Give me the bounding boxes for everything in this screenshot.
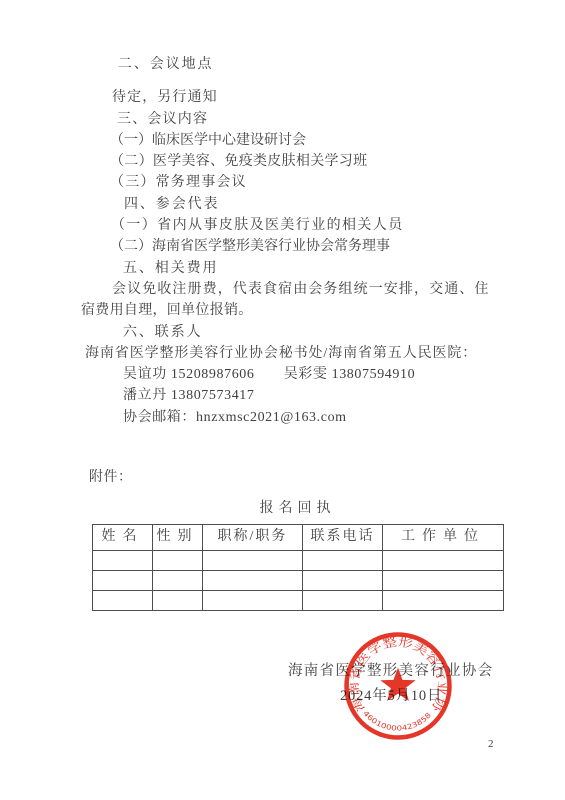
empty-cell (383, 550, 504, 570)
table-row (93, 570, 504, 590)
section-heading-contacts: 六、联系人 (81, 322, 493, 343)
empty-cell (383, 570, 504, 590)
empty-cell (93, 590, 153, 610)
table-header-row: 姓名 性别 职称/职务 联系电话 工作单位 (93, 524, 504, 550)
seal-code-arc-text: 46010000423858 (361, 709, 433, 732)
venue-text: 待定，另行通知 (81, 87, 493, 108)
delegates-item-1: （一）省内从事皮肤及医美行业的相关人员 (81, 215, 493, 236)
column-header-phone: 联系电话 (303, 524, 383, 550)
empty-cell (383, 590, 504, 610)
section-heading-venue: 二、会议地点 (81, 54, 493, 75)
section-heading-content: 三、会议内容 (81, 109, 493, 130)
empty-cell (303, 590, 383, 610)
fees-text-line-2: 宿费用自理，回单位报销。 (81, 300, 493, 321)
content-item-2: （二）医学美容、免疫类皮肤相关学习班 (81, 151, 493, 172)
empty-cell (153, 550, 203, 570)
table-row (93, 590, 504, 610)
content-item-3: （三）常务理事会议 (81, 172, 493, 193)
empty-cell (303, 550, 383, 570)
signature-org-name: 海南省医学整形美容行业协会 (288, 659, 493, 680)
section-heading-fees: 五、相关费用 (81, 258, 493, 279)
empty-cell (303, 570, 383, 590)
page-number: 2 (488, 738, 494, 750)
contacts-org-line: 海南省医学整形美容行业协会秘书处/海南省第五人民医院： (81, 343, 493, 364)
contact-email-line: 协会邮箱：hnzxmsc2021@163.com (81, 407, 493, 428)
column-header-gender: 性别 (153, 524, 203, 550)
delegates-item-2: （二）海南省医学整形美容行业协会常务理事 (81, 236, 493, 257)
fees-text-line-1: 会议免收注册费，代表食宿由会务组统一安排，交通、住 (81, 279, 493, 300)
empty-cell (93, 550, 153, 570)
column-header-title-position: 职称/职务 (203, 524, 303, 550)
empty-cell (203, 550, 303, 570)
content-item-1: （一）临床医学中心建设研讨会 (81, 130, 493, 151)
empty-cell (203, 590, 303, 610)
signature-date: 2024年5月10日 (340, 684, 442, 705)
empty-cell (93, 570, 153, 590)
column-header-name: 姓名 (93, 524, 153, 550)
column-header-workplace: 工作单位 (383, 524, 504, 550)
empty-cell (153, 570, 203, 590)
document-page: 二、会议地点 待定，另行通知 三、会议内容 （一）临床医学中心建设研讨会 （二）… (0, 0, 565, 800)
svg-text:46010000423858: 46010000423858 (361, 709, 433, 732)
contact-phones-line-1: 吴谊功 15208987606 吴彩雯 13807594910 (81, 364, 493, 385)
empty-cell (153, 590, 203, 610)
attachment-label: 附件： (81, 467, 493, 488)
section-heading-delegates: 四、参会代表 (81, 194, 493, 215)
document-body: 二、会议地点 待定，另行通知 三、会议内容 （一）临床医学中心建设研讨会 （二）… (81, 54, 493, 611)
registration-form-table: 姓名 性别 职称/职务 联系电话 工作单位 (92, 524, 504, 611)
empty-cell (203, 570, 303, 590)
table-row (93, 550, 504, 570)
contact-phones-line-2: 潘立丹 13807573417 (81, 385, 493, 406)
form-title: 报名回执 (92, 498, 503, 519)
